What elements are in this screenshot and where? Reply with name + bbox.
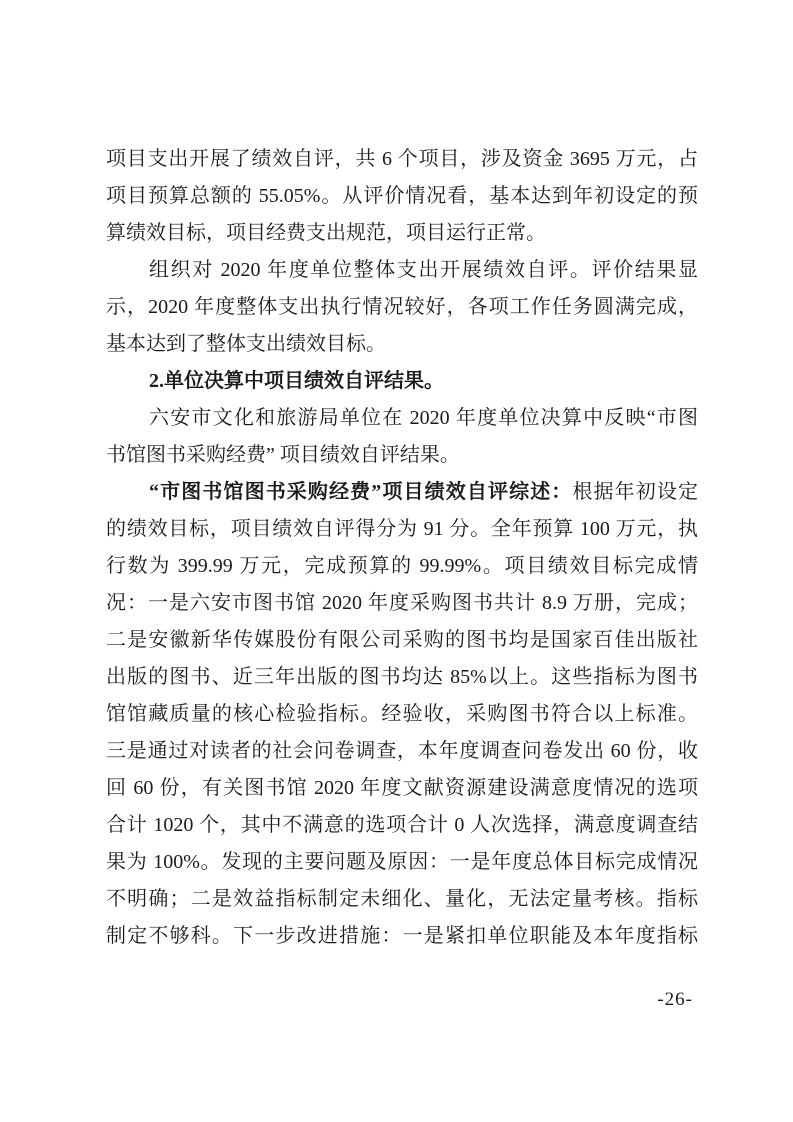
text-line: 馆馆藏质量的核心检验指标。经验收，采购图书符合以上标准。 bbox=[106, 696, 698, 733]
text-run: 项目预算总额的 55.05%。从评价情况看，基本达到年初设定的预 bbox=[106, 185, 698, 207]
text-run: 项目支出开展了绩效自评，共 6 个项目，涉及资金 3695 万元，占 bbox=[106, 148, 698, 170]
text-line: 果为 100%。发现的主要问题及原因：一是年度总体目标完成情况 bbox=[106, 844, 698, 881]
text-run: 三是通过对读者的社会问卷调查，本年度调查问卷发出 60 份，收 bbox=[106, 740, 698, 762]
text-line: 不明确；二是效益指标制定未细化、量化，无法定量考核。指标 bbox=[106, 881, 698, 918]
text-run: 示，2020 年度整体支出执行情况较好，各项工作任务圆满完成， bbox=[106, 296, 698, 318]
text-line: 的绩效目标，项目绩效自评得分为 91 分。全年预算 100 万元，执 bbox=[106, 511, 698, 548]
text-run: 根据年初设定 bbox=[572, 481, 698, 503]
text-run: 基本达到了整体支出绩效目标。 bbox=[106, 333, 386, 355]
text-line: 合计 1020 个，其中不满意的选项合计 0 人次选择，满意度调查结 bbox=[106, 807, 698, 844]
text-line: “市图书馆图书采购经费”项目绩效自评综述：根据年初设定 bbox=[106, 474, 698, 511]
text-run: 行数为 399.99 万元，完成预算的 99.99%。项目绩效目标完成情 bbox=[106, 555, 698, 577]
text-line: 出版的图书、近三年出版的图书均达 85%以上。这些指标为图书 bbox=[106, 659, 698, 696]
text-run: 二是安徽新华传媒股份有限公司采购的图书均是国家百佳出版社 bbox=[106, 629, 698, 651]
paragraph-heading-2: 2.单位决算中项目绩效自评结果。 bbox=[106, 363, 698, 400]
paragraph-overall-expenditure-selfeval: 组织对 2020 年度单位整体支出开展绩效自评。评价结果显示，2020 年度整体… bbox=[106, 252, 698, 363]
text-run: 组织对 2020 年度单位整体支出开展绩效自评。评价结果显 bbox=[149, 259, 698, 281]
text-run: 的绩效目标，项目绩效自评得分为 91 分。全年预算 100 万元，执 bbox=[106, 518, 698, 540]
text-line: 回 60 份，有关图书馆 2020 年度文献资源建设满意度情况的选项 bbox=[106, 770, 698, 807]
text-run: 况：一是六安市图书馆 2020 年度采购图书共计 8.9 万册，完成； bbox=[106, 592, 698, 614]
text-line: 基本达到了整体支出绩效目标。 bbox=[106, 326, 698, 363]
text-line: 制定不够科。下一步改进措施：一是紧扣单位职能及本年度指标 bbox=[106, 918, 698, 955]
text-run: 书馆图书采购经费” 项目绩效自评结果。 bbox=[106, 444, 460, 466]
text-run: 出版的图书、近三年出版的图书均达 85%以上。这些指标为图书 bbox=[106, 666, 698, 688]
document-page: 项目支出开展了绩效自评，共 6 个项目，涉及资金 3695 万元，占项目预算总额… bbox=[0, 0, 793, 1122]
text-line: 组织对 2020 年度单位整体支出开展绩效自评。评价结果显 bbox=[106, 252, 698, 289]
text-run: 六安市文化和旅游局单位在 2020 年度单位决算中反映“市图 bbox=[149, 407, 698, 429]
text-run: 制定不够科。下一步改进措施：一是紧扣单位职能及本年度指标 bbox=[106, 925, 698, 947]
paragraph-project-intro: 六安市文化和旅游局单位在 2020 年度单位决算中反映“市图书馆图书采购经费” … bbox=[106, 400, 698, 474]
paragraph-project-selfeval-summary: “市图书馆图书采购经费”项目绩效自评综述：根据年初设定的绩效目标，项目绩效自评得… bbox=[106, 474, 698, 955]
text-line: 项目预算总额的 55.05%。从评价情况看，基本达到年初设定的预 bbox=[106, 178, 698, 215]
text-line: 行数为 399.99 万元，完成预算的 99.99%。项目绩效目标完成情 bbox=[106, 548, 698, 585]
text-line: 2.单位决算中项目绩效自评结果。 bbox=[106, 363, 698, 400]
text-run: 算绩效目标，项目经费支出规范，项目运行正常。 bbox=[106, 222, 546, 244]
paragraph-project-selfeval-continued: 项目支出开展了绩效自评，共 6 个项目，涉及资金 3695 万元，占项目预算总额… bbox=[106, 141, 698, 252]
text-run: 果为 100%。发现的主要问题及原因：一是年度总体目标完成情况 bbox=[106, 851, 698, 873]
text-line: 二是安徽新华传媒股份有限公司采购的图书均是国家百佳出版社 bbox=[106, 622, 698, 659]
text-line: 算绩效目标，项目经费支出规范，项目运行正常。 bbox=[106, 215, 698, 252]
document-body: 项目支出开展了绩效自评，共 6 个项目，涉及资金 3695 万元，占项目预算总额… bbox=[106, 141, 698, 955]
bold-text-run: “市图书馆图书采购经费”项目绩效自评综述： bbox=[149, 481, 572, 503]
text-line: 三是通过对读者的社会问卷调查，本年度调查问卷发出 60 份，收 bbox=[106, 733, 698, 770]
bold-text-run: 2.单位决算中项目绩效自评结果。 bbox=[149, 370, 444, 392]
text-line: 项目支出开展了绩效自评，共 6 个项目，涉及资金 3695 万元，占 bbox=[106, 141, 698, 178]
text-run: 不明确；二是效益指标制定未细化、量化，无法定量考核。指标 bbox=[106, 888, 698, 910]
text-line: 况：一是六安市图书馆 2020 年度采购图书共计 8.9 万册，完成； bbox=[106, 585, 698, 622]
page-number: -26- bbox=[657, 988, 693, 1012]
text-run: 馆馆藏质量的核心检验指标。经验收，采购图书符合以上标准。 bbox=[106, 703, 698, 725]
text-line: 书馆图书采购经费” 项目绩效自评结果。 bbox=[106, 437, 698, 474]
text-run: 回 60 份，有关图书馆 2020 年度文献资源建设满意度情况的选项 bbox=[106, 777, 698, 799]
text-run: 合计 1020 个，其中不满意的选项合计 0 人次选择，满意度调查结 bbox=[106, 814, 698, 836]
text-line: 示，2020 年度整体支出执行情况较好，各项工作任务圆满完成， bbox=[106, 289, 698, 326]
text-line: 六安市文化和旅游局单位在 2020 年度单位决算中反映“市图 bbox=[106, 400, 698, 437]
